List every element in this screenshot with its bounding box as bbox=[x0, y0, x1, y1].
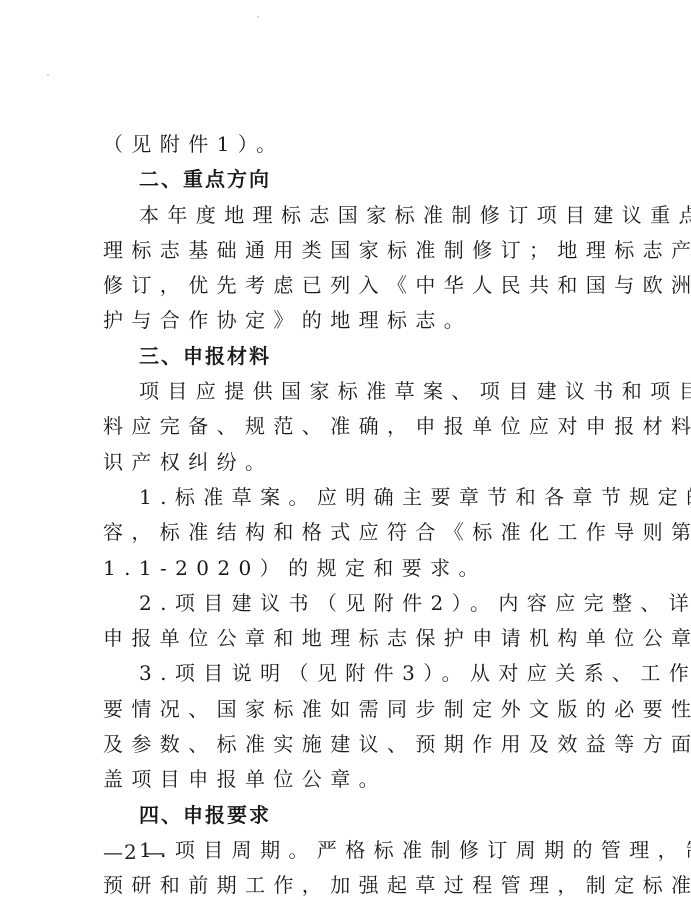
scan-speck bbox=[257, 16, 259, 18]
paragraph-line: 容，标准结构和格式应符合《标准化工作导则第1部分》（GB/T bbox=[103, 515, 597, 550]
paragraph-line: 识产权纠纷。 bbox=[103, 445, 597, 480]
paragraph-line: 理标志基础通用类国家标准制修订；地理标志产品类国家标准制 bbox=[103, 233, 597, 268]
paragraph-line: 护与合作协定》的地理标志。 bbox=[103, 303, 597, 338]
paragraph-line: 本年度地理标志国家标准制修订项目建议重点方向包括：地 bbox=[103, 198, 597, 233]
paragraph-line: 1.项目周期。严格标准制修订周期的管理，制定标准应加大 bbox=[103, 833, 597, 868]
continuation-line: （见附件1）。 bbox=[103, 127, 597, 162]
paragraph-line: 2.项目建议书（见附件2）。内容应完整、详实，加盖项目 bbox=[103, 586, 597, 621]
page-number: —2 — bbox=[103, 840, 166, 864]
paragraph-line: 要情况、国家标准如需同步制定外文版的必要性、主要技术内容 bbox=[103, 692, 597, 727]
paragraph-line: 申报单位公章和地理标志保护申请机构单位公章。 bbox=[103, 621, 597, 656]
scan-speck bbox=[47, 74, 49, 76]
paragraph-line: 及参数、标准实施建议、预期作用及效益等方面进行阐述，应加 bbox=[103, 727, 597, 762]
paragraph-line: 项目应提供国家标准草案、项目建议书和项目说明。申报材 bbox=[103, 374, 597, 409]
document-body: （见附件1）。 二、重点方向 本年度地理标志国家标准制修订项目建议重点方向包括：… bbox=[103, 127, 597, 900]
section-heading-requirements: 四、申报要求 bbox=[103, 798, 597, 833]
paragraph-line: 3.项目说明（见附件3）。从对应关系、工作基础、产品主 bbox=[103, 656, 597, 691]
paragraph-line: 料应完备、规范、准确，申报单位应对申报材料负责，不存在知 bbox=[103, 409, 597, 444]
paragraph-line: 1.1-2020）的规定和要求。 bbox=[103, 551, 597, 586]
paragraph-line: 盖项目申报单位公章。 bbox=[103, 762, 597, 797]
paragraph-line: 1.标准草案。应明确主要章节和各章节规定的主要技术内 bbox=[103, 480, 597, 515]
paragraph-line: 预研和前期工作，加强起草过程管理，制定标准项目完成周期（从 bbox=[103, 868, 597, 900]
paragraph-line: 修订，优先考虑已列入《中华人民共和国与欧洲联盟地理标志保 bbox=[103, 268, 597, 303]
section-heading-materials: 三、申报材料 bbox=[103, 339, 597, 374]
section-heading-key-directions: 二、重点方向 bbox=[103, 162, 597, 197]
